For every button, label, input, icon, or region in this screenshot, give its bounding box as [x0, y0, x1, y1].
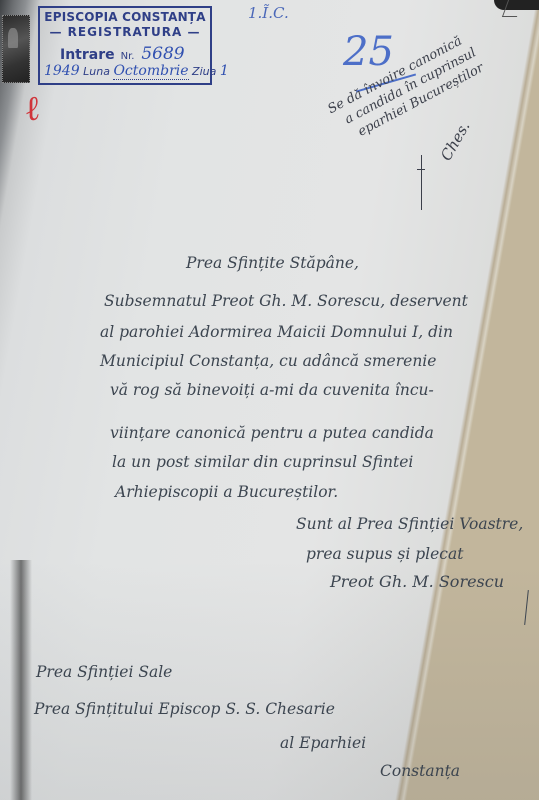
reference-mark: 1.Ĩ.C. [248, 4, 289, 22]
stamp-date-line: 1949 Luna Octombrie Ziua 1 [44, 63, 229, 79]
salutation: Prea Sfințite Stăpâne, [186, 254, 359, 272]
body-line: Municipiul Constanța, cu adâncă smerenie [100, 352, 436, 370]
address-line: al Eparhiei [280, 734, 366, 752]
body-line: vă rog să binevoiți a-mi da cuvenita înc… [110, 381, 434, 399]
body-line: Arhiepiscopii a Bucureștilor. [115, 483, 338, 501]
postage-stamp [2, 15, 30, 83]
binding-spine [10, 560, 32, 800]
ziua-label: Ziua [192, 65, 216, 78]
body-line: al parohiei Adormirea Maicii Domnului I,… [100, 323, 453, 341]
registration-number: 5689 [141, 44, 184, 64]
nr-label: Nr. [121, 51, 135, 62]
stamp-subtitle: — REGISTRATURA — [40, 25, 210, 39]
address-line: Prea Sfințitului Episcop S. S. Chesarie [34, 700, 335, 718]
luna-label: Luna [83, 65, 110, 78]
cross-mark [421, 155, 422, 210]
signature: Preot Gh. M. Sorescu [330, 572, 504, 591]
body-line: viințare canonică pentru a putea candida [110, 424, 434, 442]
intrare-label: Intrare [60, 47, 115, 63]
registration-stamp: EPISCOPIA CONSTANȚA — REGISTRATURA — Int… [38, 6, 212, 85]
stamp-day: 1 [220, 63, 229, 79]
address-line: Constanța [380, 762, 460, 780]
stamp-year: 1949 [44, 63, 80, 79]
stamp-month: Octombrie [113, 63, 188, 80]
body-line: Subsemnatul Preot Gh. M. Sorescu, deserv… [104, 292, 468, 310]
closing-line: Sunt al Prea Sfinției Voastre, [296, 515, 523, 533]
address-line: Prea Sfinției Sale [36, 663, 172, 681]
stamp-entry-line: IntrareNr. 5689 [60, 44, 185, 64]
stamp-title: EPISCOPIA CONSTANȚA [40, 10, 210, 24]
body-line: la un post similar din cuprinsul Sfintei [112, 453, 413, 471]
blue-file-number: 25 [343, 32, 394, 72]
closing-line: prea supus și plecat [306, 545, 463, 563]
